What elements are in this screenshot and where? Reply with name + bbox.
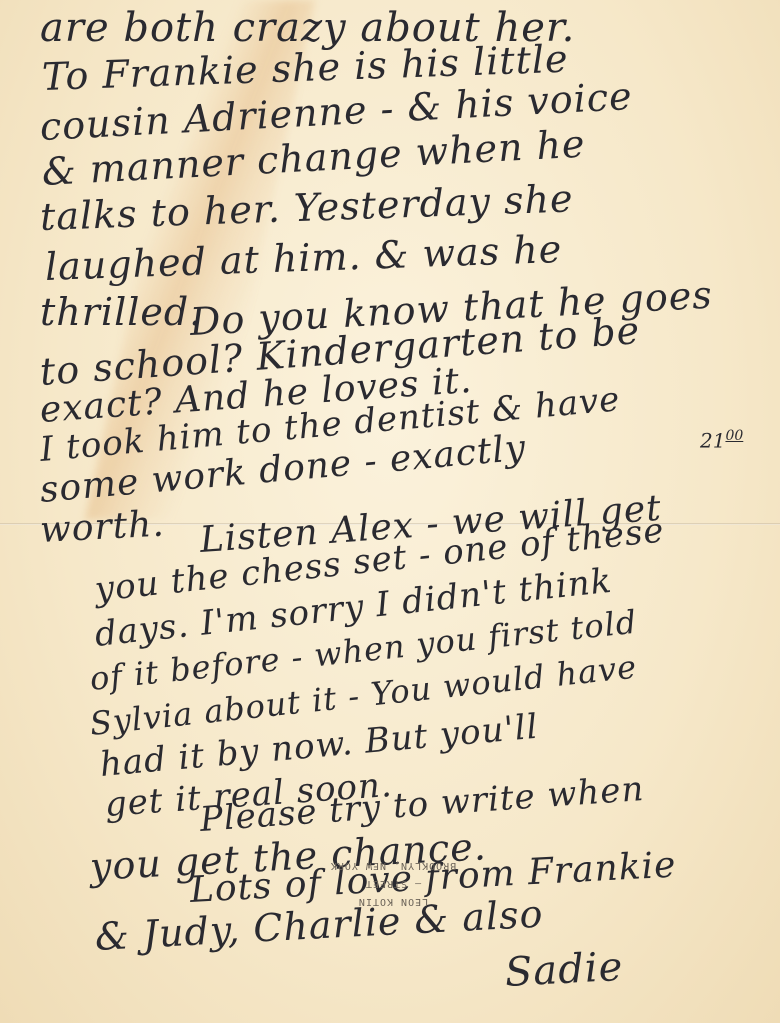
return-address-stamp: LEON KOTIN — STREET BROOKLYN, NEW YORK [318,856,468,910]
letter-line: Sadie [504,944,625,996]
stamp-street: — STREET [318,874,468,892]
amount-whole: 21 [700,429,725,453]
stamp-name: LEON KOTIN [318,892,468,910]
amount-cents: 00 [725,428,743,444]
letter-line: thrilled. [40,290,202,334]
dentist-amount: 2100 [700,428,743,453]
letter-line: worth. [39,503,166,550]
stamp-city: BROOKLYN, NEW YORK [318,856,468,874]
